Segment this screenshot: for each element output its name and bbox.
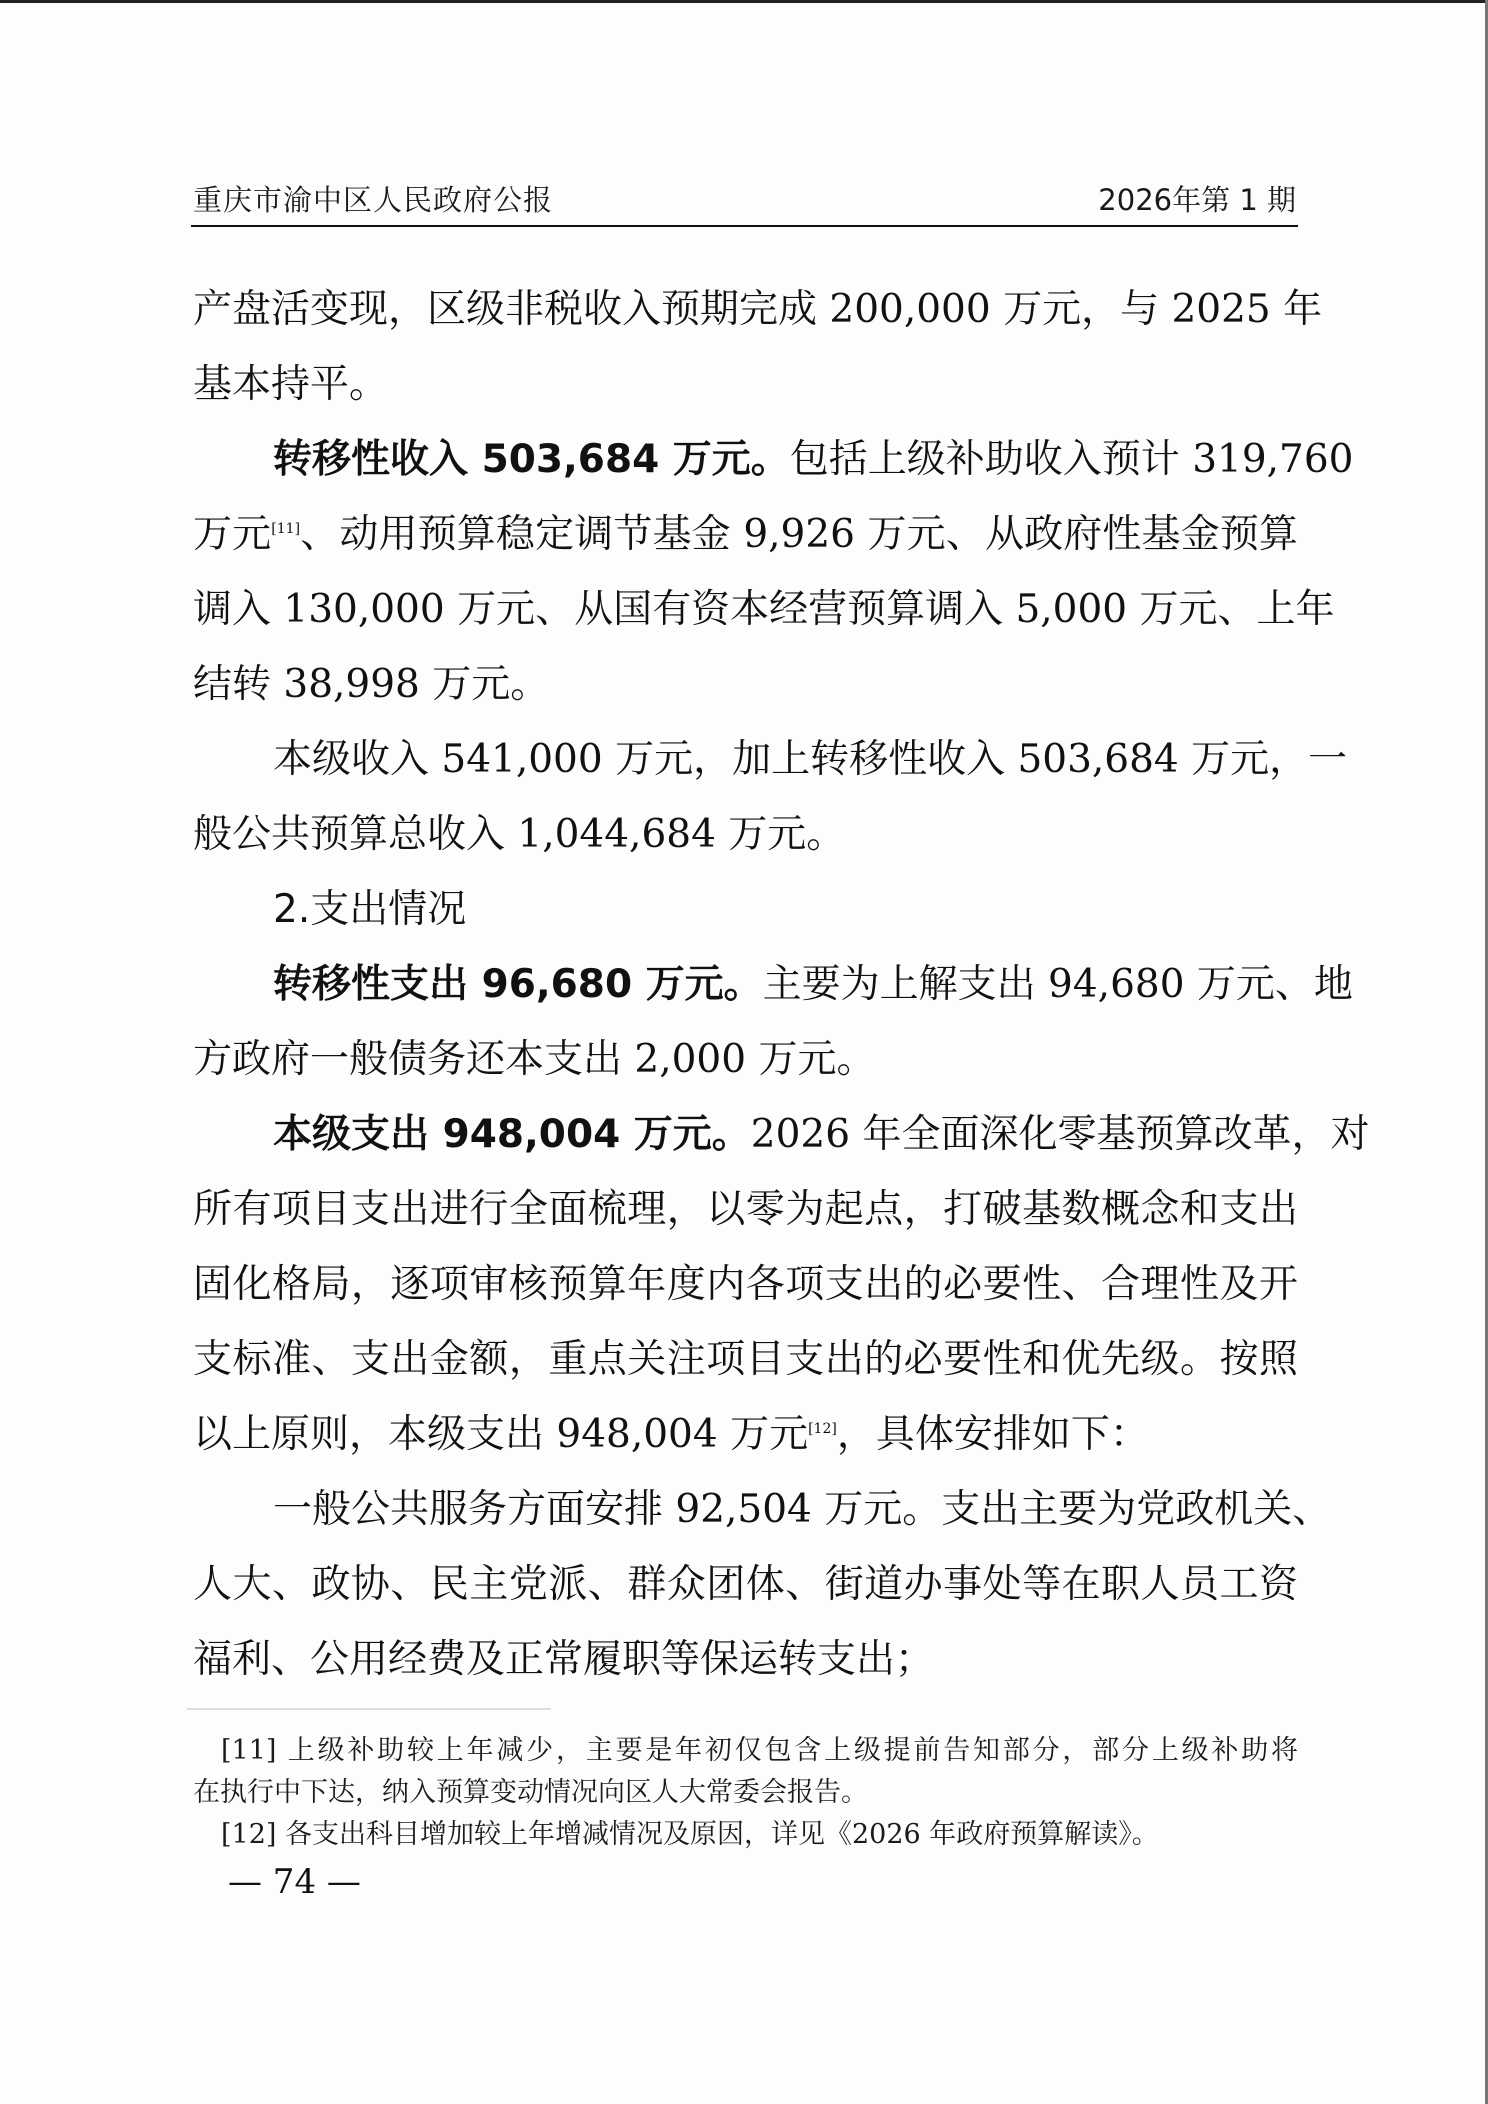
page-border-top bbox=[0, 0, 1488, 3]
section-heading-text: 2.支出情况 bbox=[273, 887, 466, 932]
paragraph-line: 万元[11]、动用预算稳定调节基金 9,926 万元、从政府性基金预算 bbox=[193, 497, 1298, 572]
running-header: 重庆市渝中区人民政府公报 2026年第 1 期 bbox=[193, 180, 1296, 220]
transfer-expenditure-lead: 转移性支出 96,680 万元。 bbox=[273, 962, 763, 1007]
footnote-ref-12[interactable]: [12] bbox=[808, 1421, 837, 1437]
publication-title: 重庆市渝中区人民政府公报 bbox=[193, 180, 553, 220]
section-heading: 2.支出情况 bbox=[193, 872, 1298, 947]
local-expenditure-lead: 本级支出 948,004 万元。 bbox=[273, 1112, 751, 1157]
transfer-income-lead: 转移性收入 503,684 万元。 bbox=[273, 437, 790, 482]
paragraph-line: 本级支出 948,004 万元。2026 年全面深化零基预算改革，对 bbox=[193, 1097, 1298, 1172]
text-run: 主要为上解支出 94,680 万元、地 bbox=[763, 962, 1353, 1007]
footnote-ref-11[interactable]: [11] bbox=[271, 521, 300, 537]
paragraph-line: 本级收入 541,000 万元，加上转移性收入 503,684 万元，一 bbox=[193, 722, 1298, 797]
paragraph-line: 固化格局，逐项审核预算年度内各项支出的必要性、合理性及开 bbox=[193, 1247, 1298, 1322]
issue-number: 2026年第 1 期 bbox=[1098, 180, 1296, 220]
paragraph-line: 基本持平。 bbox=[193, 347, 1298, 422]
footnote-11-line: 在执行中下达，纳入预算变动情况向区人大常委会报告。 bbox=[193, 1772, 1298, 1814]
paragraph-line: 结转 38,998 万元。 bbox=[193, 647, 1298, 722]
text-run: ，具体安排如下： bbox=[837, 1412, 1149, 1457]
page-number: — 74 — bbox=[228, 1862, 361, 1902]
paragraph-line: 转移性收入 503,684 万元。包括上级补助收入预计 319,760 bbox=[193, 422, 1298, 497]
paragraph-line: 所有项目支出进行全面梳理，以零为起点，打破基数概念和支出 bbox=[193, 1172, 1298, 1247]
header-rule bbox=[191, 225, 1298, 227]
footnotes: [11] 上级补助较上年减少，主要是年初仅包含上级提前告知部分，部分上级补助将 … bbox=[193, 1730, 1298, 1856]
paragraph-line: 以上原则，本级支出 948,004 万元[12]，具体安排如下： bbox=[193, 1397, 1298, 1472]
text-run: 万元 bbox=[193, 512, 271, 557]
paragraph-line: 调入 130,000 万元、从国有资本经营预算调入 5,000 万元、上年 bbox=[193, 572, 1298, 647]
paragraph-line: 一般公共服务方面安排 92,504 万元。支出主要为党政机关、 bbox=[193, 1472, 1298, 1547]
paragraph-line: 支标准、支出金额，重点关注项目支出的必要性和优先级。按照 bbox=[193, 1322, 1298, 1397]
paragraph-line: 人大、政协、民主党派、群众团体、街道办事处等在职人员工资 bbox=[193, 1547, 1298, 1622]
text-run: 包括上级补助收入预计 319,760 bbox=[790, 437, 1354, 482]
footnote-12-line: [12] 各支出科目增加较上年增减情况及原因，详见《2026 年政府预算解读》。 bbox=[193, 1814, 1298, 1856]
text-run: 、动用预算稳定调节基金 9,926 万元、从政府性基金预算 bbox=[300, 512, 1298, 557]
paragraph-line: 方政府一般债务还本支出 2,000 万元。 bbox=[193, 1022, 1298, 1097]
paragraph-line: 福利、公用经费及正常履职等保运转支出； bbox=[193, 1622, 1298, 1697]
text-run: 以上原则，本级支出 948,004 万元 bbox=[193, 1412, 808, 1457]
text-run: 2026 年全面深化零基预算改革，对 bbox=[751, 1112, 1370, 1157]
paragraph-line: 转移性支出 96,680 万元。主要为上解支出 94,680 万元、地 bbox=[193, 947, 1298, 1022]
paragraph-line: 般公共预算总收入 1,044,684 万元。 bbox=[193, 797, 1298, 872]
footnote-11-line: [11] 上级补助较上年减少，主要是年初仅包含上级提前告知部分，部分上级补助将 bbox=[193, 1730, 1298, 1772]
document-body: 产盘活变现，区级非税收入预期完成 200,000 万元，与 2025 年 基本持… bbox=[193, 272, 1298, 1697]
paragraph-line: 产盘活变现，区级非税收入预期完成 200,000 万元，与 2025 年 bbox=[193, 272, 1298, 347]
footnote-separator bbox=[187, 1708, 551, 1710]
